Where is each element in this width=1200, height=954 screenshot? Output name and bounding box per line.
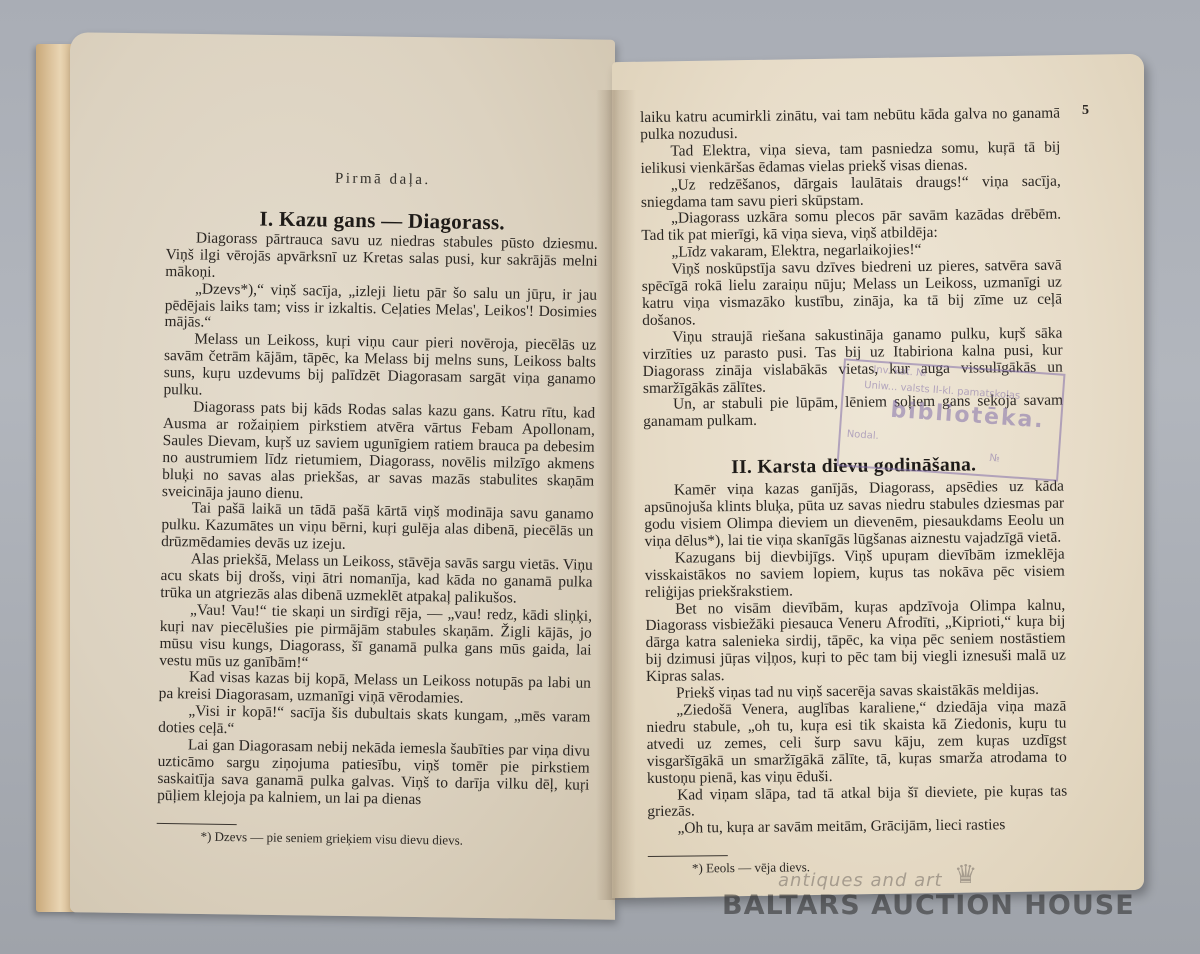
watermark-tagline: antiques and art <box>778 870 943 891</box>
page-number: 5 <box>1082 103 1089 119</box>
paragraph: „Oh tu, kuŗa ar savām meitām, Grācijām, … <box>647 817 1067 838</box>
paragraph: „Diagorass uzkāra somu plecos pār savām … <box>641 207 1061 245</box>
paragraph: Alas priekšā, Melass un Leikoss, stāvēja… <box>160 551 593 608</box>
stamp-line: Inv. kat. № <box>873 364 927 379</box>
open-book: Pirmā daļa. I. Kazu gans — Diagorass. Di… <box>0 0 1200 954</box>
paragraph: Viņš noskūpstīja savu dzīves biedreni uz… <box>642 258 1063 330</box>
paragraph: Lai gan Diagorasam nebij nekāda iemesla … <box>157 737 590 811</box>
footnote-divider <box>157 823 237 825</box>
paragraph: Tad Elektra, viņa sieva, tam pasniedza s… <box>640 139 1060 177</box>
library-stamp: Inv. kat. № Uniw... valsts II-kl. pamats… <box>837 358 1066 481</box>
right-page-text: laiku katru acumirkli zinātu, vai tam ne… <box>640 106 1068 877</box>
crown-icon: ♛ <box>954 860 977 890</box>
watermark-name: BALTARS AUCTION HOUSE <box>722 890 1135 921</box>
paragraph: „Ziedošā Venera, auglības karaliene,“ dz… <box>646 699 1067 788</box>
paragraph: Kamēr viņa kazas ganījās, Diagorass, aps… <box>644 479 1065 551</box>
paragraph: Melass un Leikoss, kuŗi viņu caur pieri … <box>163 331 596 405</box>
left-page-text: Pirmā daļa. I. Kazu gans — Diagorass. Di… <box>156 168 599 849</box>
paragraph: Diagorass pats bij kāds Rodas salas kazu… <box>162 399 596 507</box>
paragraph: „Dzevs*),“ viņš sacīja, „izleji lietu pā… <box>164 281 597 338</box>
stamp-line: Uniw... valsts II-kl. pamatskolas <box>864 380 1021 402</box>
paragraph: laiku katru acumirkli zinātu, vai tam ne… <box>640 106 1060 144</box>
paragraph: „Vau! Vau!“ tie skaņi un sirdīgi rēja, —… <box>159 602 592 676</box>
paragraph: Bet no visām dievībām, kuŗas apdzīvoja O… <box>645 597 1066 686</box>
book-gutter <box>596 90 636 900</box>
paragraph: Diagorass pārtrauca savu uz niedras stab… <box>165 230 598 287</box>
paragraph: Kazugans bij dievbijīgs. Viņš upuŗam die… <box>645 546 1066 601</box>
watermark: antiques and art ♛ BALTARS AUCTION HOUSE <box>722 870 1142 930</box>
stamp-line: bibliotēka. <box>890 398 1046 434</box>
paragraph: Tai pašā laikā un tādā pašā kārtā viņš m… <box>161 500 594 557</box>
footnote-divider <box>648 855 728 857</box>
stamp-line: Nodal. <box>846 429 879 442</box>
stamp-line: № <box>989 453 1000 465</box>
